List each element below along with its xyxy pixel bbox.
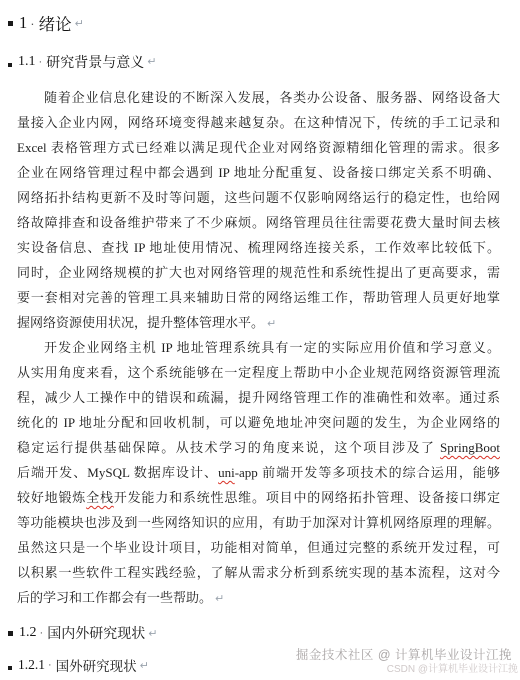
- text-line: 后端开发、MySQL 数据库设计、uni-app 前端开发等多项技术的综合运用，…: [17, 460, 500, 485]
- document-page: 1·绪论↵ 1.1·研究背景与意义↵ 随着企业信息化建设的不断深入发展，各类办公…: [0, 0, 520, 680]
- return-mark-icon: ↵: [147, 55, 156, 68]
- space-mark-icon: ·: [30, 16, 34, 31]
- line-text: 后的学习和工作都会有一些帮助。: [17, 590, 212, 605]
- text-line: 开发企业网络主机 IP 地址管理系统具有一定的实际应用价值和学习意义。: [17, 335, 500, 360]
- text-line: 后的学习和工作都会有一些帮助。↵: [17, 585, 500, 610]
- text-line: 同时，企业网络规模的扩大也对网络管理的规范性和系统性提出了更高要求，需: [17, 260, 500, 285]
- text-line: 络故障排查和设备维护带来了不少麻烦。网络管理员往往需要花费大量时间去核: [17, 210, 500, 235]
- heading-marker-icon: [8, 21, 13, 26]
- line-text: 开发能力和系统性思维。项目中的网络拓扑管理、设备接口绑定: [114, 490, 500, 505]
- line-text: 量接入企业内网，网络环境变得越来越复杂。在这种情况下，传统的手工记录和: [17, 115, 500, 130]
- text-line: 以积累一些软件工程实践经验，了解从需求分析到系统实现的基本流程，这对今: [17, 560, 500, 585]
- text-line: 量接入企业内网，网络环境变得越来越复杂。在这种情况下，传统的手工记录和: [17, 110, 500, 135]
- text-line: 企业在网络管理过程中都会遇到 IP 地址分配重复、设备接口绑定关系不明确、: [17, 160, 500, 185]
- text-line: 较好地锻炼全栈开发能力和系统性思维。项目中的网络拓扑管理、设备接口绑定: [17, 485, 500, 510]
- line-text: 随着企业信息化建设的不断深入发展，各类办公设备、服务器、网络设备大: [44, 90, 500, 105]
- text-line: 程，减少人工操作中的错误和疏漏，提升网络管理工作的准确性和效率。通过系: [17, 385, 500, 410]
- text-line: 稳定运行提供基础保障。从技术学习的角度来说，这个项目涉及了 SpringBoot: [17, 435, 500, 460]
- text-line: 从实用角度来看，这个系统能够在一定程度上帮助中小企业规范网络资源管理流: [17, 360, 500, 385]
- text-line: 随着企业信息化建设的不断深入发展，各类办公设备、服务器、网络设备大: [17, 85, 500, 110]
- space-mark-icon: ·: [48, 659, 52, 671]
- line-text: -app 前端开发等多项技术的综合运用，能够: [235, 465, 500, 480]
- watermark: 掘金技术社区 @ 计算机毕业设计江挽 CSDN @计算机毕业设计江挽: [296, 648, 518, 675]
- spellcheck-flagged-word: SpringBoot: [440, 440, 500, 455]
- line-text: Excel 表格管理方式已经难以满足现代企业对网络资源精细化管理的需求。很多: [17, 140, 500, 155]
- heading-number: 1.2.1: [18, 657, 45, 673]
- heading-marker-icon: [8, 666, 12, 670]
- heading-number: 1.1: [18, 54, 36, 70]
- document-content: 1·绪论↵ 1.1·研究背景与意义↵ 随着企业信息化建设的不断深入发展，各类办公…: [0, 0, 520, 675]
- line-text: 要一套相对完善的管理工具来辅助日常的网络运维工作，帮助管理人员更好地掌: [17, 290, 500, 305]
- return-mark-icon: ↵: [215, 592, 224, 605]
- watermark-juejin: 掘金技术社区 @ 计算机毕业设计江挽: [296, 648, 512, 662]
- heading-number: 1.2: [19, 625, 37, 641]
- heading-marker-icon: [8, 63, 12, 67]
- line-text: 从实用角度来看，这个系统能够在一定程度上帮助中小企业规范网络资源管理流: [17, 365, 500, 380]
- heading-title: 国内外研究现状: [47, 623, 145, 643]
- space-mark-icon: ·: [39, 56, 43, 68]
- text-line: 实设备信息、查找 IP 地址使用情况、梳理网络连接关系，工作效率比较低下。: [17, 235, 500, 260]
- return-mark-icon: ↵: [75, 17, 84, 30]
- line-text: 统化的 IP 地址分配和回收机制，可以避免地址冲突问题的发生，为企业网络的: [17, 415, 500, 430]
- heading-1-2: 1.2·国内外研究现状↵: [17, 623, 500, 643]
- paragraph-1: 随着企业信息化建设的不断深入发展，各类办公设备、服务器、网络设备大 量接入企业内…: [17, 85, 500, 335]
- text-line: 要一套相对完善的管理工具来辅助日常的网络运维工作，帮助管理人员更好地掌: [17, 285, 500, 310]
- line-text: 稳定运行提供基础保障。从技术学习的角度来说，这个项目涉及了: [17, 440, 440, 455]
- text-line: 握网络资源使用状况，提升整体管理水平。↵: [17, 310, 500, 335]
- heading-title: 研究背景与意义: [46, 52, 144, 72]
- line-text: 程，减少人工操作中的错误和疏漏，提升网络管理工作的准确性和效率。通过系: [17, 390, 500, 405]
- text-line: 等功能模块也涉及到一些网络知识的应用，有助于加深对计算机网络原理的理解。: [17, 510, 500, 535]
- line-text: 较好地锻炼: [17, 490, 86, 505]
- line-text: 同时，企业网络规模的扩大也对网络管理的规范性和系统性提出了更高要求，需: [17, 265, 500, 280]
- line-text: 络故障排查和设备维护带来了不少麻烦。网络管理员往往需要花费大量时间去核: [17, 215, 500, 230]
- text-line: Excel 表格管理方式已经难以满足现代企业对网络资源精细化管理的需求。很多: [17, 135, 500, 160]
- line-text: 开发企业网络主机 IP 地址管理系统具有一定的实际应用价值和学习意义。: [44, 340, 500, 355]
- return-mark-icon: ↵: [148, 627, 157, 640]
- text-line: 统化的 IP 地址分配和回收机制，可以避免地址冲突问题的发生，为企业网络的: [17, 410, 500, 435]
- paragraph-2: 开发企业网络主机 IP 地址管理系统具有一定的实际应用价值和学习意义。 从实用角…: [17, 335, 500, 610]
- heading-title: 绪论: [39, 11, 72, 35]
- heading-title: 国外研究现状: [56, 655, 137, 675]
- heading-marker-icon: [8, 631, 13, 636]
- heading-1-1: 1.1·研究背景与意义↵: [17, 51, 500, 72]
- heading-1: 1·绪论↵: [17, 11, 500, 35]
- line-text: 实设备信息、查找 IP 地址使用情况、梳理网络连接关系，工作效率比较低下。: [17, 240, 500, 255]
- text-line: 网络拓扑结构更新不及时等问题，这些问题不仅影响网络运行的稳定性，也给网: [17, 185, 500, 210]
- line-text: 虽然这只是一个毕业设计项目，功能相对简单，但通过完整的系统开发过程，可: [17, 540, 500, 555]
- line-text: 企业在网络管理过程中都会遇到 IP 地址分配重复、设备接口绑定关系不明确、: [17, 165, 500, 180]
- return-mark-icon: ↵: [140, 659, 149, 672]
- watermark-csdn: CSDN @计算机毕业设计江挽: [296, 664, 518, 676]
- text-line: 虽然这只是一个毕业设计项目，功能相对简单，但通过完整的系统开发过程，可: [17, 535, 500, 560]
- line-text: 等功能模块也涉及到一些网络知识的应用，有助于加深对计算机网络原理的理解。: [17, 515, 500, 530]
- spellcheck-flagged-word: uni: [218, 465, 235, 480]
- heading-number: 1: [19, 13, 27, 33]
- line-text: 握网络资源使用状况，提升整体管理水平。: [17, 315, 264, 330]
- spellcheck-flagged-word: 全栈: [86, 490, 114, 505]
- line-text: 后端开发、MySQL 数据库设计、: [17, 465, 218, 480]
- line-text: 网络拓扑结构更新不及时等问题，这些问题不仅影响网络运行的稳定性，也给网: [17, 190, 500, 205]
- line-text: 以积累一些软件工程实践经验，了解从需求分析到系统实现的基本流程，这对今: [17, 565, 500, 580]
- space-mark-icon: ·: [40, 627, 44, 639]
- return-mark-icon: ↵: [267, 317, 276, 330]
